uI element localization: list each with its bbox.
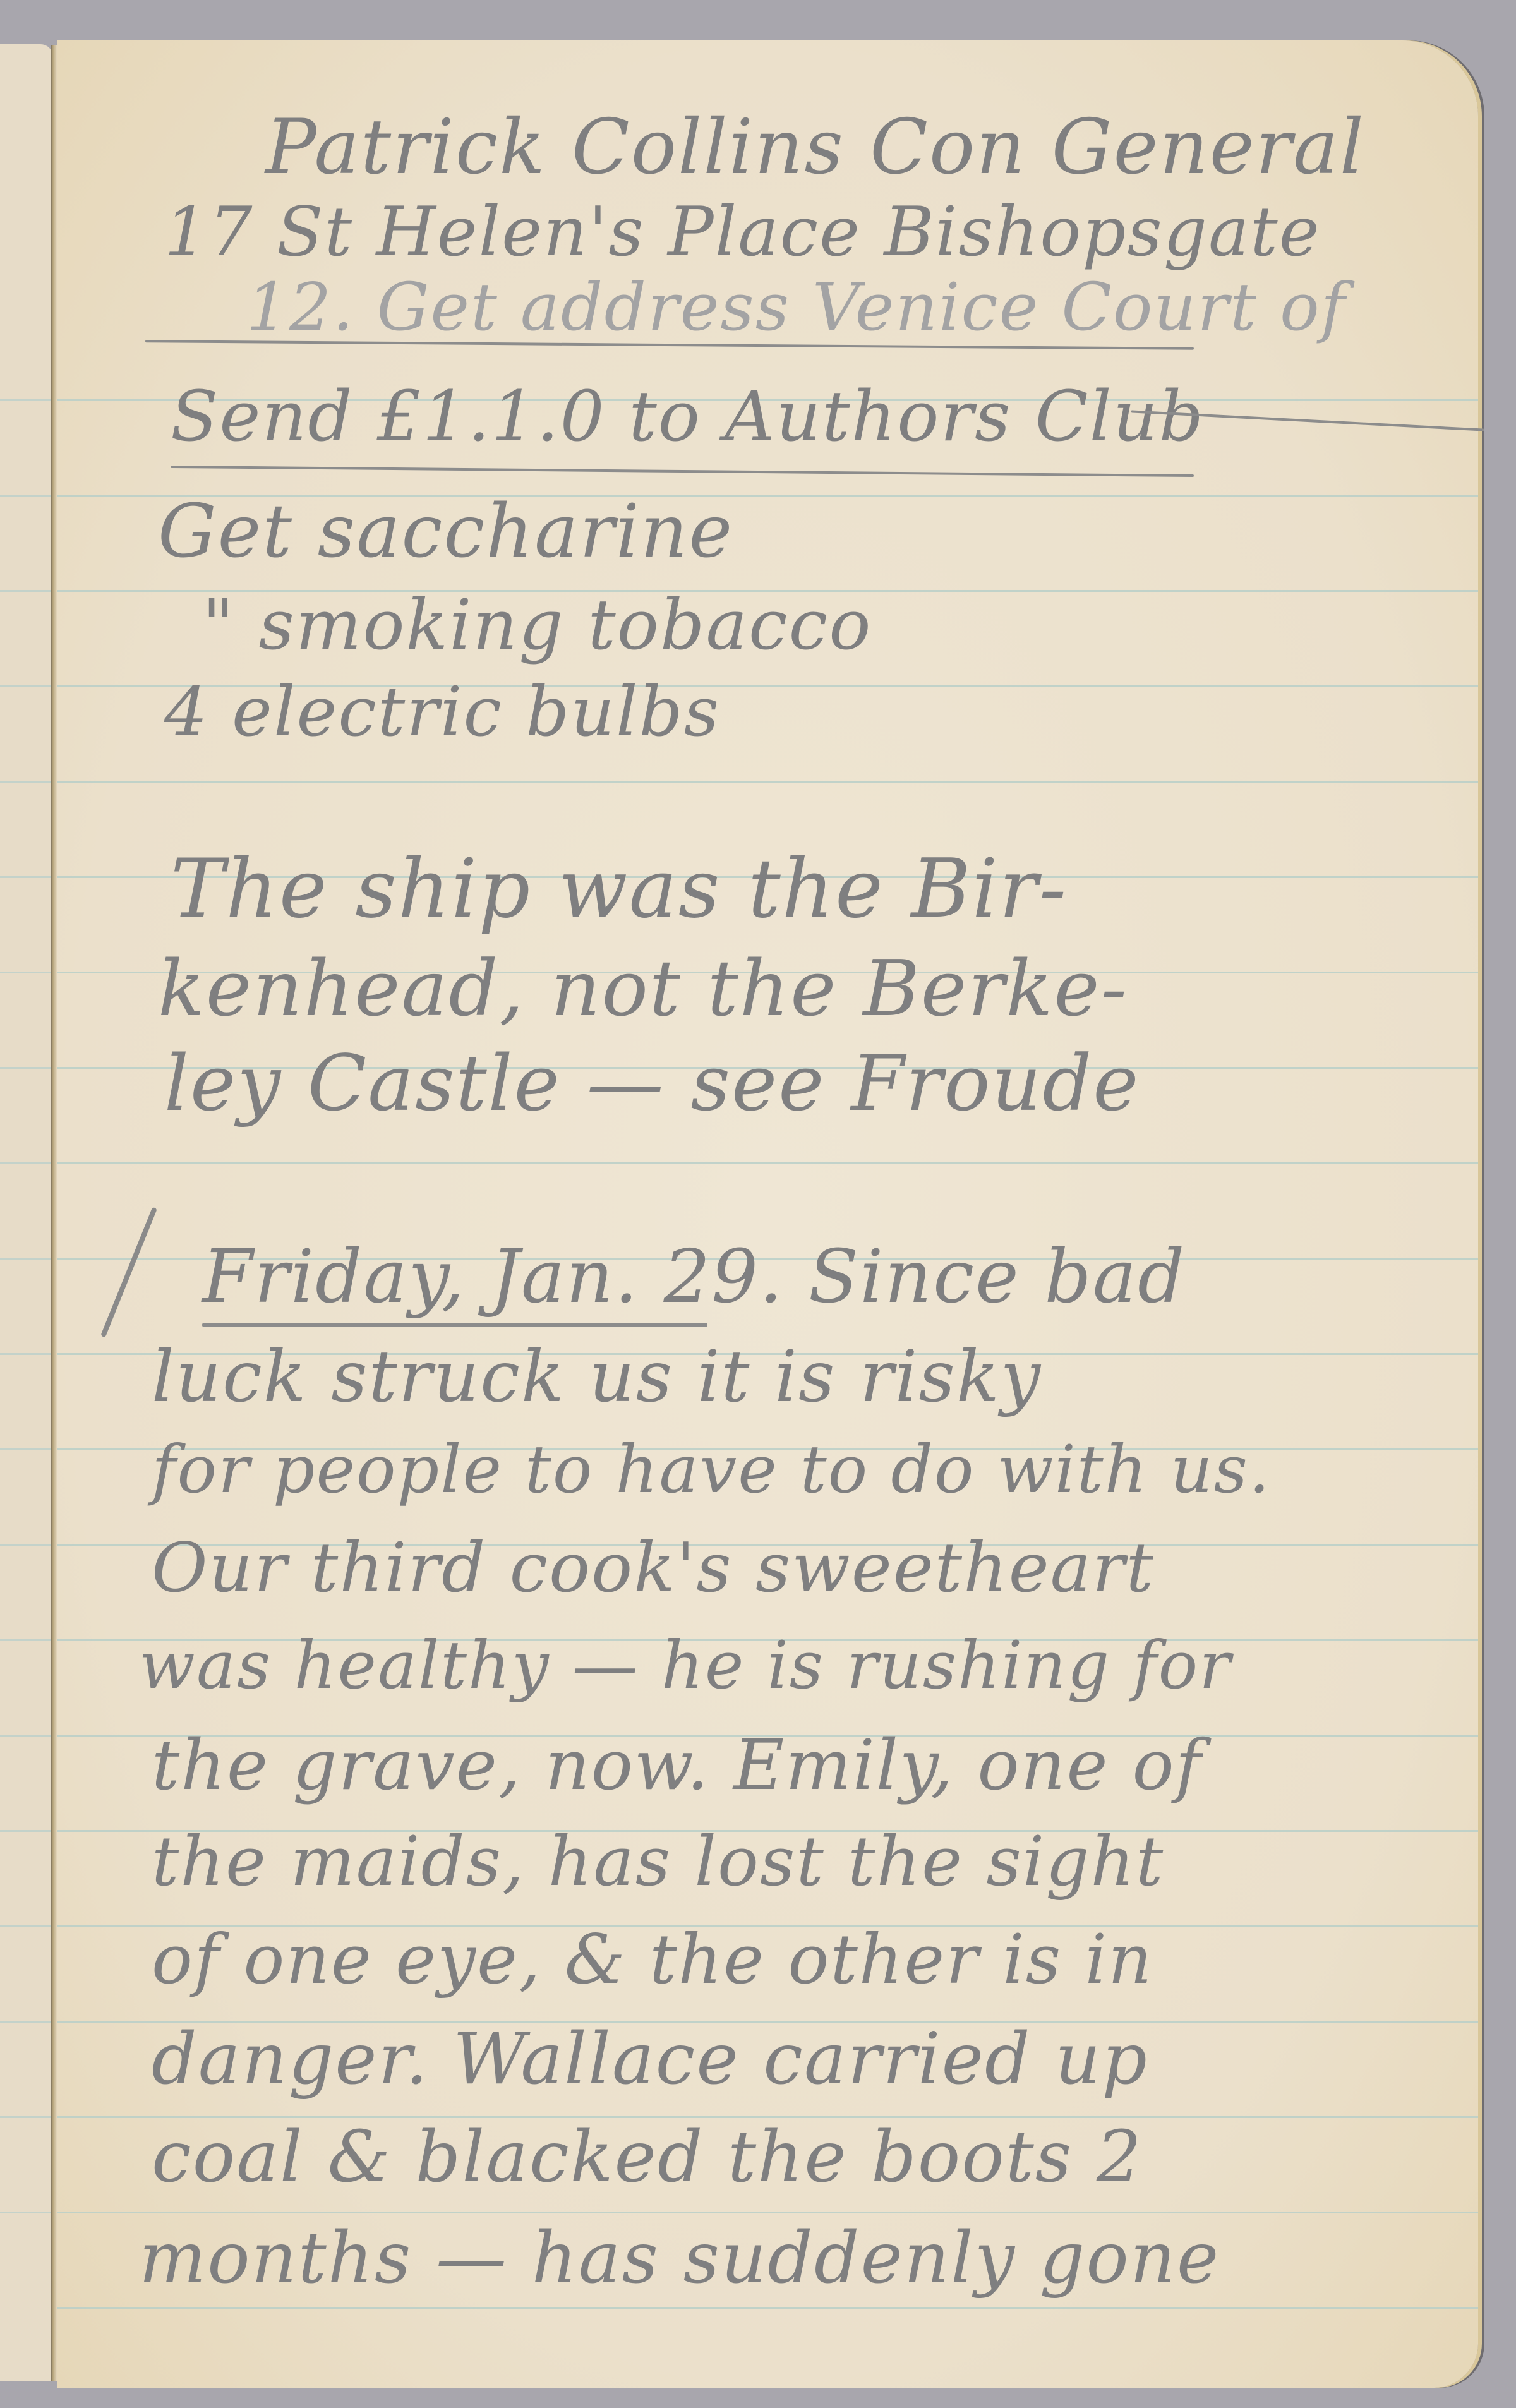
underline-stroke [202,1323,707,1327]
handwritten-line: Friday, Jan. 29. Since bad [202,1241,1186,1314]
ruled-line [0,1067,51,1069]
handwritten-line: Send £1.1.0 to Authors Club [171,382,1205,451]
ruled-line [0,1353,51,1355]
handwritten-line: 17 St Helen's Place Bishopsgate [164,198,1321,267]
ruled-line [57,2307,1478,2309]
ruled-line [57,1162,1478,1164]
ruled-line [0,590,51,592]
handwritten-line: the maids, has lost the sight [152,1828,1164,1896]
ruled-line [0,1830,51,1832]
ruled-line [0,1925,51,1927]
ruled-line [0,876,51,878]
ruled-line [0,1639,51,1641]
pencil-mark [100,1207,157,1338]
ruled-line [0,495,51,497]
ruled-line [57,2212,1478,2213]
handwritten-line: Our third cook's sweetheart [152,1534,1155,1603]
ruled-line [0,1544,51,1546]
ruled-line [0,2021,51,2023]
ruled-line [0,1258,51,1260]
handwritten-line: months — has suddenly gone [139,2223,1220,2294]
handwritten-line: Patrick Collins Con General [265,110,1365,186]
handwritten-line: was healthy — he is rushing for [139,1632,1232,1698]
handwritten-line: luck struck us it is risky [152,1342,1042,1412]
ruled-line [0,1735,51,1737]
handwritten-line: the grave, now. Emily, one of [152,1730,1202,1800]
handwritten-line: 4 electric bulbs [164,678,720,747]
cross-out-stroke [171,466,1194,477]
ruled-line [57,781,1478,783]
adjacent-page-edge [0,44,53,2381]
handwritten-line: coal & blacked the boots 2 [152,2122,1143,2193]
ruled-line [0,781,51,783]
handwritten-line: of one eye, & the other is in [152,1926,1153,1994]
notebook-page: Patrick Collins Con General 17 St Helen'… [57,40,1478,2388]
handwritten-line: for people to have to do with us. [152,1436,1271,1502]
handwritten-line: danger. Wallace carried up [152,2024,1148,2095]
handwritten-line: The ship was the Bir- [171,849,1068,930]
handwritten-line: ley Castle — see Froude [164,1045,1140,1122]
ruled-line [0,972,51,973]
ruled-line [0,2212,51,2213]
ruled-line [0,685,51,687]
ruled-line [0,2116,51,2118]
ruled-line [0,1448,51,1450]
handwritten-line: " smoking tobacco [202,590,872,659]
ruled-line [0,399,51,401]
notebook-spine [51,45,57,2381]
ruled-line [0,1162,51,1164]
handwritten-line: 12. Get address Venice Court of [246,274,1346,340]
handwritten-line: Get saccharine [158,495,733,569]
handwritten-line: kenhead, not the Berke- [158,950,1128,1027]
